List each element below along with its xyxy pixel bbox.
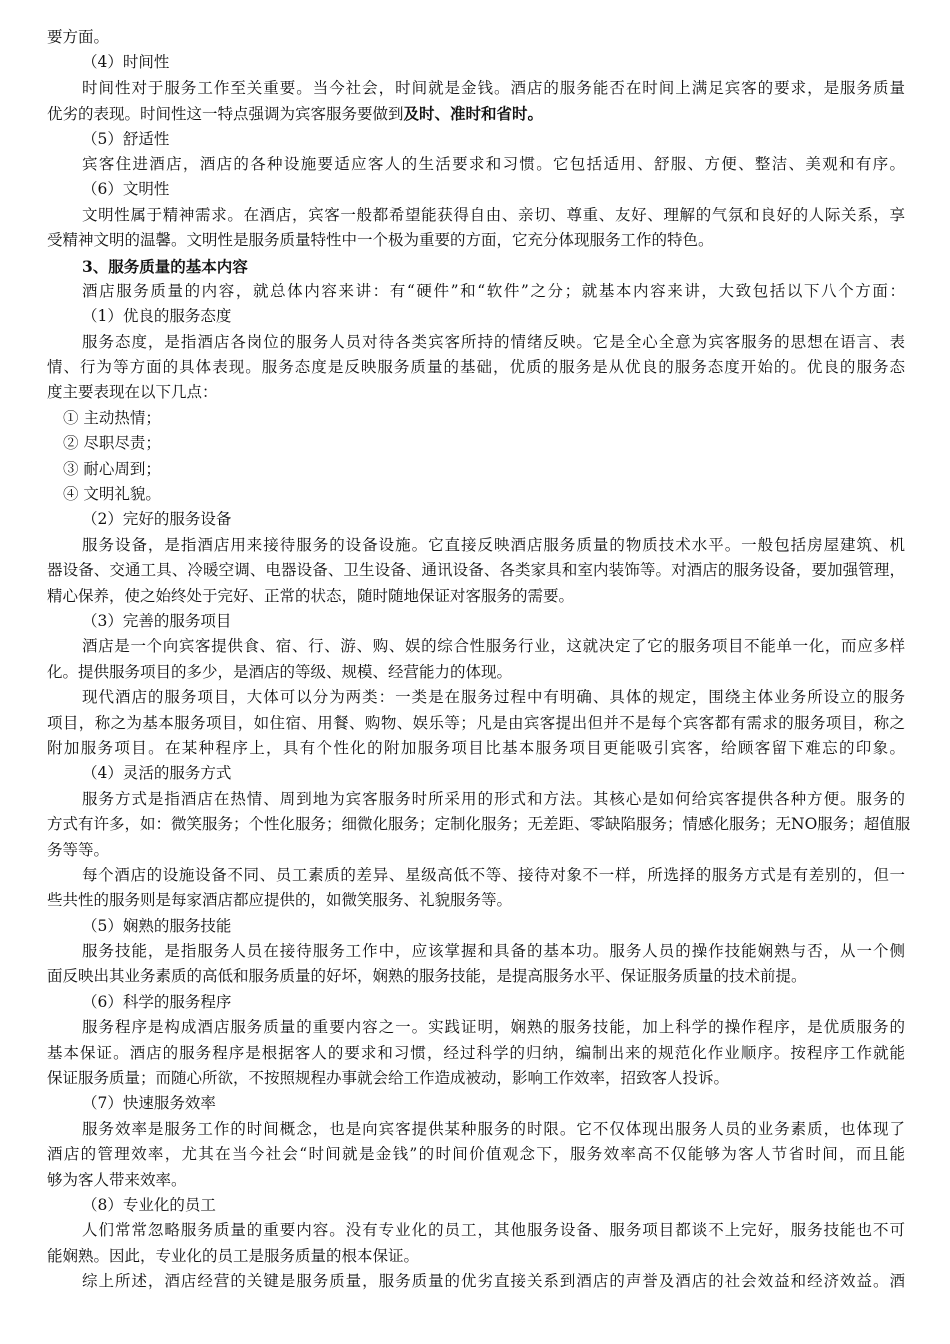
paragraph-line: 项目，称之为基本服务项目，如住宿、用餐、购物、娱乐等；凡是由宾客提出但并不是每个…: [47, 711, 905, 736]
paragraph-line: 现代酒店的服务项目，大体可以分为两类：一类是在服务过程中有明确、具体的规定，围绕…: [47, 685, 905, 710]
subheading-service-procedures: （6）科学的服务程序: [47, 990, 905, 1015]
section-title: 3、服务质量的基本内容: [47, 254, 905, 279]
subheading-civility: （6）文明性: [47, 177, 905, 202]
emphasis-text: 及时、准时和省时。: [404, 104, 544, 123]
paragraph-line: 时间性对于服务工作至关重要。当今社会，时间就是金钱。酒店的服务能否在时间上满足宾…: [47, 76, 905, 101]
paragraph-line: 些共性的服务则是每家酒店都应提供的，如微笑服务、礼貌服务等。: [47, 888, 905, 913]
subheading-service-attitude: （1）优良的服务态度: [47, 304, 905, 329]
paragraph-line: 保证服务质量；而随心所欲，不按照规程办事就会给工作造成被动，影响工作效率，招致客…: [47, 1066, 905, 1091]
paragraph-line: 度主要表现在以下几点：: [47, 380, 905, 405]
subheading-professional-staff: （8）专业化的员工: [47, 1193, 905, 1218]
paragraph-line: 面反映出其业务素质的高低和服务质量的好坏，娴熟的服务技能，是提高服务水平、保证服…: [47, 964, 905, 989]
paragraph-line: 器设备、交通工具、冷暖空调、电器设备、卫生设备、通讯设备、各类家具和室内装饰等。…: [47, 558, 905, 583]
paragraph-line: 附加服务项目。在某种程序上，具有个性化的附加服务项目比基本服务项目更能吸引宾客，…: [47, 736, 905, 761]
list-item: ③ 耐心周到；: [47, 457, 905, 482]
paragraph-line: 服务方式是指酒店在热情、周到地为宾客服务时所采用的形式和方法。其核心是如何给宾客…: [47, 787, 905, 812]
paragraph-text: 优劣的表现。时间性这一特点强调为宾客服务要做到: [47, 105, 404, 123]
subheading-service-items: （3）完善的服务项目: [47, 609, 905, 634]
paragraph-line: 化。提供服务项目的多少，是酒店的等级、规模、经营能力的体现。: [47, 660, 905, 685]
subheading-comfort: （5）舒适性: [47, 127, 905, 152]
paragraph-line: 够为客人带来效率。: [47, 1168, 905, 1193]
paragraph-line: 每个酒店的设施设备不同、员工素质的差异、星级高低不等、接待对象不一样，所选择的服…: [47, 863, 905, 888]
list-item: ④ 文明礼貌。: [47, 482, 905, 507]
conclusion-line: 综上所述，酒店经营的关键是服务质量，服务质量的优劣直接关系到酒店的声誉及酒店的社…: [47, 1269, 905, 1294]
subheading-timeliness: （4）时间性: [47, 50, 905, 75]
subheading-service-efficiency: （7）快速服务效率: [47, 1091, 905, 1116]
list-item: ① 主动热情；: [47, 406, 905, 431]
subheading-service-equipment: （2）完好的服务设备: [47, 507, 905, 532]
paragraph-line: 服务设备，是指酒店用来接待服务的设备设施。它直接反映酒店服务质量的物质技术水平。…: [47, 533, 905, 558]
paragraph-line: 方式有许多，如：微笑服务；个性化服务；细微化服务；定制化服务；无差距、零缺陷服务…: [47, 812, 905, 837]
list-item: ② 尽职尽责；: [47, 431, 905, 456]
paragraph-line: 服务程序是构成酒店服务质量的重要内容之一。实践证明，娴熟的服务技能，加上科学的操…: [47, 1015, 905, 1040]
paragraph-line: 精心保养，使之始终处于完好、正常的状态，随时随地保证对客服务的需要。: [47, 584, 905, 609]
section-intro: 酒店服务质量的内容，就总体内容来讲：有“硬件”和“软件”之分；就基本内容来讲，大…: [47, 279, 905, 304]
paragraph-line: 酒店是一个向宾客提供食、宿、行、游、购、娱的综合性服务行业，这就决定了它的服务项…: [47, 634, 905, 659]
paragraph-line: 服务技能，是指服务人员在接待服务工作中，应该掌握和具备的基本功。服务人员的操作技…: [47, 939, 905, 964]
paragraph-line: 服务态度，是指酒店各岗位的服务人员对待各类宾客所持的情绪反映。它是全心全意为宾客…: [47, 330, 905, 355]
paragraph-line: 情、行为等方面的具体表现。服务态度是反映服务质量的基础，优质的服务是从优良的服务…: [47, 355, 905, 380]
document-page: 要方面。 （4）时间性 时间性对于服务工作至关重要。当今社会，时间就是金钱。酒店…: [0, 0, 950, 1344]
paragraph-line: 服务效率是服务工作的时间概念，也是向宾客提供某种服务的时限。它不仅体现出服务人员…: [47, 1117, 905, 1142]
paragraph-line: 务等等。: [47, 838, 905, 863]
paragraph-line: 酒店的管理效率，尤其在当今社会“时间就是金钱”的时间价值观念下，服务效率高不仅能…: [47, 1142, 905, 1167]
subheading-service-skills: （5）娴熟的服务技能: [47, 914, 905, 939]
paragraph-continuation: 要方面。: [47, 25, 905, 50]
paragraph-line: 能娴熟。因此，专业化的员工是服务质量的根本保证。: [47, 1244, 905, 1269]
paragraph-line: 优劣的表现。时间性这一特点强调为宾客服务要做到及时、准时和省时。: [47, 101, 905, 126]
subheading-service-methods: （4）灵活的服务方式: [47, 761, 905, 786]
paragraph-line: 受精神文明的温馨。文明性是服务质量特性中一个极为重要的方面，它充分体现服务工作的…: [47, 228, 905, 253]
paragraph-line: 宾客住进酒店，酒店的各种设施要适应客人的生活要求和习惯。它包括适用、舒服、方便、…: [47, 152, 905, 177]
paragraph-line: 文明性属于精神需求。在酒店，宾客一般都希望能获得自由、亲切、尊重、友好、理解的气…: [47, 203, 905, 228]
paragraph-line: 基本保证。酒店的服务程序是根据客人的要求和习惯，经过科学的归纳，编制出来的规范化…: [47, 1041, 905, 1066]
paragraph-line: 人们常常忽略服务质量的重要内容。没有专业化的员工，其他服务设备、服务项目都谈不上…: [47, 1218, 905, 1243]
